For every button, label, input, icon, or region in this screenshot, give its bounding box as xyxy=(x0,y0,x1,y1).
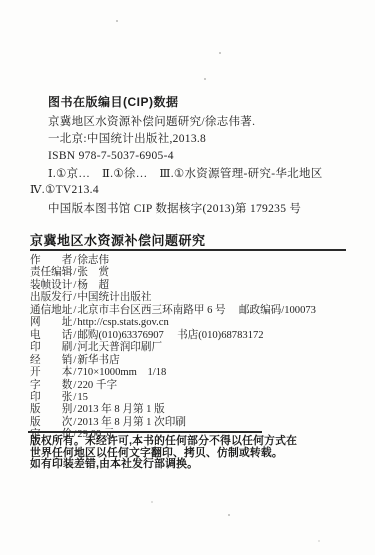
pub-row-sheets: 印 张/15 xyxy=(30,392,316,404)
pub-value: http://csp.stats.gov.cn xyxy=(77,317,168,328)
pub-row-format: 开 本/710×1000mm 1/18 xyxy=(30,367,316,379)
pub-row-website: 网 址/http://csp.stats.gov.cn xyxy=(30,317,316,329)
copyright-divider-rule xyxy=(28,431,262,433)
pub-label: 版 别 xyxy=(30,404,72,416)
scan-noise-speck xyxy=(318,540,320,542)
pub-label: 作 者 xyxy=(30,255,72,267)
pub-label: 网 址 xyxy=(30,317,72,329)
pub-value: 710×1000mm 1/18 xyxy=(77,367,166,378)
pub-row-designer: 装帧设计/杨 超 xyxy=(30,280,316,292)
copyright-page: 图书在版编目(CIP)数据 京冀地区水资源补偿问题研究/徐志伟著. 一北京:中国… xyxy=(0,0,375,555)
pub-row-printing: 版 次/2013 年 8 月第 1 次印刷 xyxy=(30,417,316,429)
scan-noise-speck xyxy=(228,514,230,516)
pub-row-editor: 责任编辑/张 赏 xyxy=(30,267,316,279)
pub-value: 2013 年 8 月第 1 版 xyxy=(77,404,164,415)
pub-value: 2013 年 8 月第 1 次印刷 xyxy=(77,417,186,428)
cip-classification-line2: Ⅳ.①TV213.4 xyxy=(30,182,323,198)
scan-noise-speck xyxy=(116,20,118,22)
pub-value: 张 赏 xyxy=(77,267,109,278)
pub-label: 开 本 xyxy=(30,367,72,379)
pub-label: 字 数 xyxy=(30,380,72,392)
pub-label: 经 销 xyxy=(30,355,72,367)
pub-row-phone: 电 话/邮购(010)63376907 书店(010)68783172 xyxy=(30,330,316,342)
cip-isbn-line: ISBN 978-7-5037-6905-4 xyxy=(48,148,255,165)
pub-row-author: 作 者/徐志伟 xyxy=(30,255,316,267)
pub-label: 版 次 xyxy=(30,417,72,429)
publication-info-list: 作 者/徐志伟 责任编辑/张 赏 装帧设计/杨 超 出版发行/中国统计出版社 通… xyxy=(30,255,316,442)
pub-row-wordcount: 字 数/220 千字 xyxy=(30,380,316,392)
scan-noise-speck xyxy=(151,501,153,503)
pub-label: 责任编辑 xyxy=(30,267,72,279)
cip-title-line: 京冀地区水资源补偿问题研究/徐志伟著. xyxy=(48,114,255,131)
scan-noise-speck xyxy=(219,52,221,54)
pub-value: 徐志伟 xyxy=(77,255,109,266)
cip-classification: Ⅰ.①京… Ⅱ.①徐… Ⅲ.①水资源管理-研究-华北地区 Ⅳ.①TV213.4 xyxy=(30,166,323,198)
pub-value: 220 千字 xyxy=(77,380,117,391)
pub-value: 邮购(010)63376907 书店(010)68783172 xyxy=(77,330,263,341)
pub-value: 河北天普润印刷厂 xyxy=(77,342,162,353)
pub-value: 北京市丰台区西三环南路甲 6 号 邮政编码/100073 xyxy=(77,305,316,316)
pub-value: 15 xyxy=(77,392,88,403)
pub-label: 电 话 xyxy=(30,330,72,342)
cip-record-number: 中国版本图书馆 CIP 数据核字(2013)第 179235 号 xyxy=(48,200,301,216)
book-title: 京冀地区水资源补偿问题研究 xyxy=(30,230,206,249)
pub-value: 中国统计出版社 xyxy=(77,292,151,303)
pub-label: 印 张 xyxy=(30,392,72,404)
cip-header: 图书在版编目(CIP)数据 xyxy=(48,93,179,110)
copyright-line1: 版权所有。未经许可,本书的任何部分不得以任何方式在 xyxy=(30,436,297,448)
cip-description: 京冀地区水资源补偿问题研究/徐志伟著. 一北京:中国统计出版社,2013.8 I… xyxy=(48,114,255,165)
pub-label: 出版发行 xyxy=(30,292,72,304)
pub-label: 装帧设计 xyxy=(30,280,72,292)
pub-value: 杨 超 xyxy=(77,280,109,291)
cip-classification-line1: Ⅰ.①京… Ⅱ.①徐… Ⅲ.①水资源管理-研究-华北地区 xyxy=(30,166,323,182)
pub-value: 新华书店 xyxy=(77,355,119,366)
pub-row-printer: 印 刷/河北天普润印刷厂 xyxy=(30,342,316,354)
scan-noise-speck xyxy=(204,78,206,80)
pub-label: 印 刷 xyxy=(30,342,72,354)
copyright-notice: 版权所有。未经许可,本书的任何部分不得以任何方式在 世界任何地区以任何文字翻印、… xyxy=(30,436,297,471)
copyright-line3: 如有印装差错,由本社发行部调换。 xyxy=(30,459,297,471)
pub-row-edition: 版 别/2013 年 8 月第 1 版 xyxy=(30,404,316,416)
title-divider-rule xyxy=(30,249,346,251)
cip-publisher-line: 一北京:中国统计出版社,2013.8 xyxy=(48,131,255,148)
pub-row-publisher: 出版发行/中国统计出版社 xyxy=(30,292,316,304)
pub-row-address: 通信地址/北京市丰台区西三环南路甲 6 号 邮政编码/100073 xyxy=(30,305,316,317)
pub-row-distributor: 经 销/新华书店 xyxy=(30,355,316,367)
pub-label: 通信地址 xyxy=(30,305,72,317)
